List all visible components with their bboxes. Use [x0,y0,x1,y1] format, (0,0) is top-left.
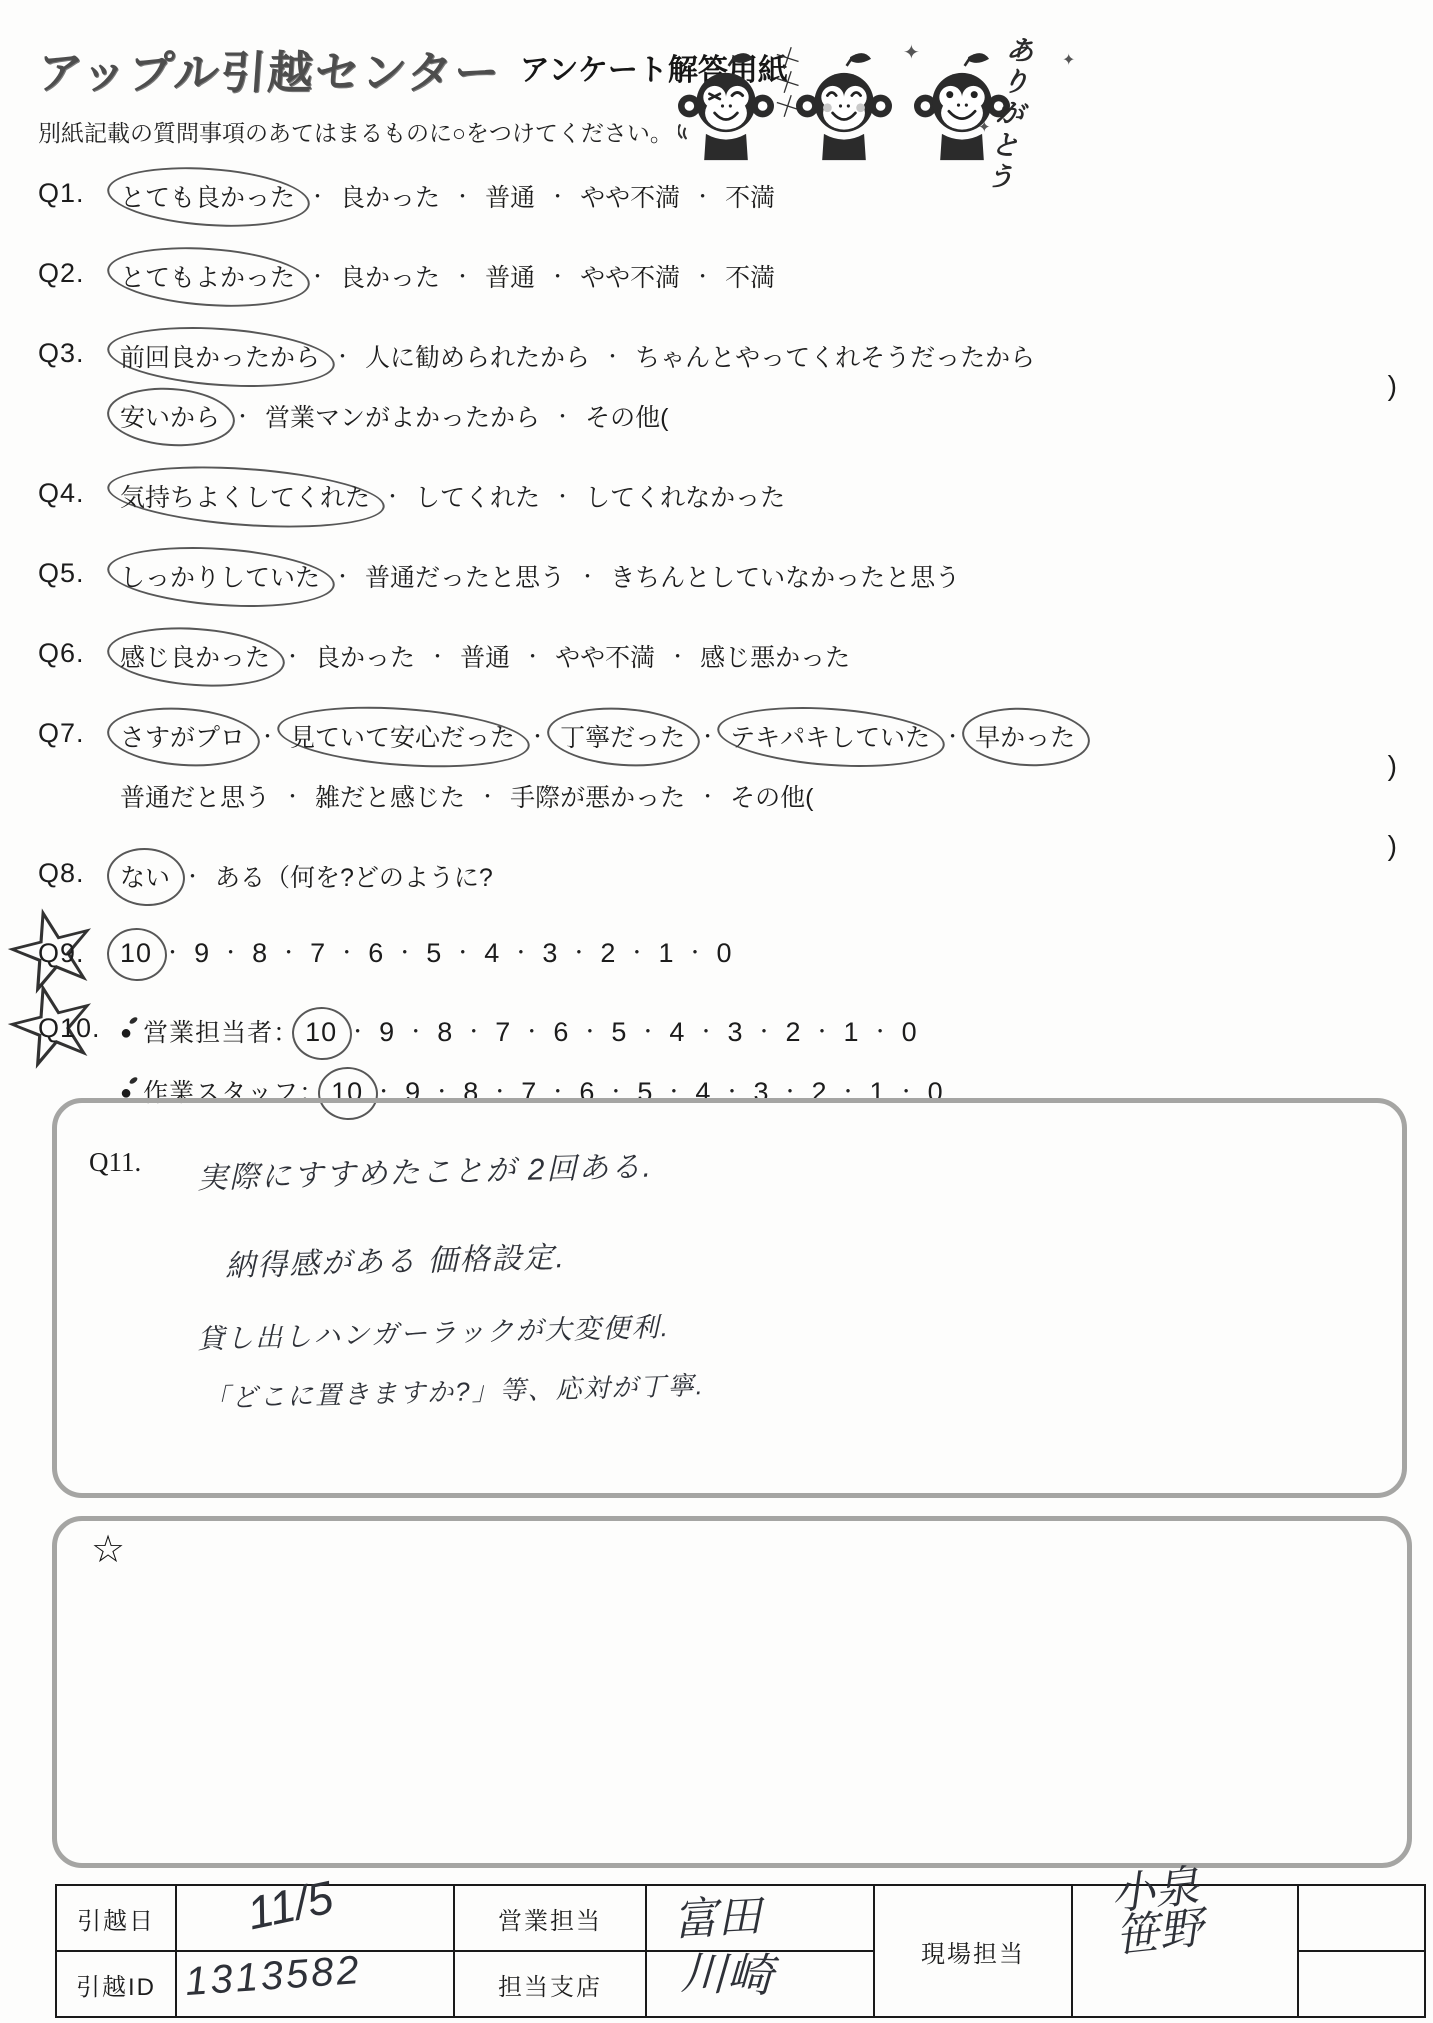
option: 営業マンがよかったから [265,398,540,434]
option: 6 [553,1017,569,1048]
option-separator: ・ [395,943,415,964]
option: やや不満 [580,178,680,214]
option-separator: ・ [279,943,299,964]
option-separator: ・ [333,347,352,368]
close-paren: ) [1388,370,1397,402]
option: 2 [600,938,616,969]
option-separator: ・ [453,187,472,208]
option-separator: ・ [523,647,542,668]
option-separator: ・ [428,647,447,668]
q11-label: Q11. [89,1147,141,1178]
option: 3 [727,1017,743,1048]
option: 良かった [315,638,415,674]
option: 9 [379,1017,395,1048]
q11-comment-box: Q11. 実際にすすめたことが 2回ある.納得感がある 価格設定.貸し出しハンガ… [52,1098,1407,1498]
move-id-label: 引越ID [56,1951,176,2017]
option-separator: ・ [943,727,962,748]
handwritten-comment-line: 納得感がある 価格設定. [225,1213,1298,1285]
sparkle-icon: ✦ [1062,50,1075,70]
option: その他( [585,398,668,434]
move-id-cell: 1313582 [176,1951,454,2017]
option-separator: ・ [406,1022,426,1043]
option-separator: ・ [522,1022,542,1043]
branch-value: 川崎 [680,1936,774,2005]
option-circled: 前回良かったから [120,338,320,374]
option-separator: ・ [453,267,472,288]
option-separator: ・ [754,1022,774,1043]
option: ちゃんとやってくれそうだったから [635,338,1035,374]
option-separator: ・ [638,1022,658,1043]
option-line: 安いから・営業マンがよかったから・その他() [120,398,1403,434]
option: 感じ悪かった [700,638,850,674]
option-separator: ・ [813,1022,833,1043]
option-circled: しっかりしていた [120,558,320,594]
option: 8 [437,1017,453,1048]
monkey-wink-icon [678,42,774,170]
question-row: Q9.10・9・8・7・6・5・4・3・2・1・0 [38,938,1403,969]
option-circled: 早かった [975,718,1075,754]
question-lines: しっかりしていた・普通だったと思う・きちんとしていなかったと思う [120,558,1403,594]
monkey-giggle-icon [796,42,892,170]
option: 普通 [485,178,535,214]
option-line: 前回良かったから・人に勧められたから・ちゃんとやってくれそうだったから [120,338,1403,374]
option-separator: ・ [578,567,597,588]
move-date-value: 11/5 [242,1870,337,1941]
option-line: 10・9・8・7・6・5・4・3・2・1・0 [120,938,1403,969]
extra-note-box: ☆ [52,1516,1412,1868]
site-crew-label: 現場担当 [874,1885,1072,2017]
option-circled: とても良かった [120,178,295,214]
option: 0 [902,1017,918,1048]
option-line: さすがプロ・見ていて安心だった・丁寧だった・テキパキしていた・早かった [120,718,1403,754]
question-lines: ●営業担当者：10・9・8・7・6・5・4・3・2・1・0●作業スタッフ：10・… [120,1013,1403,1109]
footer-table: 引越日 11/5 営業担当 富田 現場担当 小泉 笹野 引越ID 1313582… [55,1884,1426,2018]
option-separator: ・ [453,943,473,964]
question-label-starred: Q10. [38,1013,120,1109]
option: してくれた [415,478,540,514]
option-separator: ・ [283,647,302,668]
option-line: ない・ある（何を?どのように?) [120,858,1403,894]
option: ある（何を?どのように? [215,858,493,894]
option-separator: ・ [308,267,327,288]
option: 4 [484,938,500,969]
question-lines: 10・9・8・7・6・5・4・3・2・1・0 [120,938,1403,969]
option: 8 [252,938,268,969]
question-row: Q8.ない・ある（何を?どのように?) [38,858,1403,894]
option-separator: ・ [348,1022,368,1043]
option: 6 [368,938,384,969]
question-row: Q2.とてもよかった・良かった・普通・やや不満・不満 [38,258,1403,294]
option-line: 感じ良かった・良かった・普通・やや不満・感じ悪かった [120,638,1403,674]
branch-label: 担当支店 [454,1951,646,2017]
option: 普通だと思う [120,778,270,814]
question-label: Q4. [38,478,120,514]
survey-form-page: アップル引越センター アンケート解答用紙 別紙記載の質問事項のあてはまるものに○… [0,0,1433,2023]
handwritten-comment-line: 貸し出しハンガーラックが大変便利. [197,1289,1298,1357]
option-separator: ・ [553,407,572,428]
option-separator: ・ [308,187,327,208]
option: 2 [786,1017,802,1048]
questions: Q1.とても良かった・良かった・普通・やや不満・不満Q2.とてもよかった・良かっ… [38,178,1403,1153]
option-separator: ・ [478,787,497,808]
move-date-label: 引越日 [56,1885,176,1951]
star-icon: ☆ [91,1527,125,1572]
option-separator: ・ [698,787,717,808]
option: 不満 [725,178,775,214]
option-separator: ・ [528,727,547,748]
option: 5 [426,938,442,969]
question-row: Q10.●営業担当者：10・9・8・7・6・5・4・3・2・1・0●作業スタッフ… [38,1013,1403,1109]
option: やや不満 [580,258,680,294]
option-separator: ・ [258,727,277,748]
option-separator: ・ [464,1022,484,1043]
option-separator: ・ [383,487,402,508]
option-separator: ・ [580,1022,600,1043]
question-lines: とても良かった・良かった・普通・やや不満・不満 [120,178,1403,214]
option-separator: ・ [871,1022,891,1043]
option-separator: ・ [693,267,712,288]
option: やや不満 [555,638,655,674]
option: 7 [310,938,326,969]
option-line: とてもよかった・良かった・普通・やや不満・不満 [120,258,1403,294]
site-crew-values: 小泉 笹野 [1109,1866,1205,1958]
q11-handwritten-comments: 実際にすすめたことが 2回ある.納得感がある 価格設定.貸し出しハンガーラックが… [197,1139,1297,1401]
question-label: Q6. [38,638,120,674]
question-lines: 感じ良かった・良かった・普通・やや不満・感じ悪かった [120,638,1403,674]
option: してくれなかった [585,478,785,514]
option-separator: ・ [511,943,531,964]
question-lines: とてもよかった・良かった・普通・やや不満・不満 [120,258,1403,294]
option: 3 [542,938,558,969]
option-line: ●営業担当者：10・9・8・7・6・5・4・3・2・1・0 [120,1013,1403,1049]
option-separator: ・ [548,187,567,208]
question-row: Q7.さすがプロ・見ていて安心だった・丁寧だった・テキパキしていた・早かった普通… [38,718,1403,814]
option-circled: 10 [120,938,152,969]
mascot-row [678,42,1010,170]
option-separator: ・ [553,487,572,508]
option-separator: ・ [163,943,183,964]
option-separator: ・ [693,187,712,208]
option: 9 [194,938,210,969]
option-separator: ・ [685,943,705,964]
apple-bullet-icon: ● [120,1022,133,1045]
option: 普通 [485,258,535,294]
question-lines: 前回良かったから・人に勧められたから・ちゃんとやってくれそうだったから安いから・… [120,338,1403,434]
option: 0 [716,938,732,969]
question-lines: 気持ちよくしてくれた・してくれた・してくれなかった [120,478,1403,514]
handwritten-comment-line: 「どこに置きますか?」等、応対が丁寧. [203,1350,1298,1416]
question-label: Q3. [38,338,120,434]
empty-cell [1298,1885,1425,1951]
question-label: Q5. [38,558,120,594]
scale-prefix: 営業担当者： [143,1019,299,1047]
option: その他( [730,778,813,814]
close-paren: ) [1388,830,1397,862]
option: 手際が悪かった [510,778,685,814]
option-circled: 安いから [120,398,220,434]
option-separator: ・ [233,407,252,428]
question-label: Q7. [38,718,120,814]
option: 良かった [340,258,440,294]
option-circled: 感じ良かった [120,638,270,674]
option-separator: ・ [283,787,302,808]
brand-logo: アップル引越センター [36,36,504,101]
option-circled: 気持ちよくしてくれた [120,478,370,514]
option-circled: とてもよかった [120,258,295,294]
option: 7 [495,1017,511,1048]
option-line: 普通だと思う・雑だと感じた・手際が悪かった・その他() [120,778,1403,814]
empty-cell [1298,1951,1425,2017]
option: 1 [844,1017,860,1048]
site-crew-cell: 小泉 笹野 [1072,1885,1298,2017]
option: 良かった [340,178,440,214]
option: 人に勧められたから [365,338,590,374]
sales-rep-label: 営業担当 [454,1885,646,1951]
option-separator: ・ [603,347,622,368]
option-circled: さすがプロ [120,718,245,754]
option-separator: ・ [548,267,567,288]
option-separator: ・ [221,943,241,964]
question-lines: さすがプロ・見ていて安心だった・丁寧だった・テキパキしていた・早かった普通だと思… [120,718,1403,814]
question-row: Q3.前回良かったから・人に勧められたから・ちゃんとやってくれそうだったから安い… [38,338,1403,434]
question-row: Q6.感じ良かった・良かった・普通・やや不満・感じ悪かった [38,638,1403,674]
move-date-cell: 11/5 [176,1885,454,1951]
close-paren: ) [1388,750,1397,782]
question-label-starred: Q9. [38,938,120,969]
option-circled: 10 [305,1017,337,1048]
option-separator: ・ [698,727,717,748]
option-line: 気持ちよくしてくれた・してくれた・してくれなかった [120,478,1403,514]
option-separator: ・ [569,943,589,964]
question-row: Q1.とても良かった・良かった・普通・やや不満・不満 [38,178,1403,214]
option: 普通 [460,638,510,674]
question-label: Q1. [38,178,120,214]
question-row: Q4.気持ちよくしてくれた・してくれた・してくれなかった [38,478,1403,514]
question-label: Q2. [38,258,120,294]
handwritten-comment-line: 実際にすすめたことが 2回ある. [197,1125,1298,1198]
option: 5 [611,1017,627,1048]
option-circled: テキパキしていた [730,718,930,754]
option-separator: ・ [696,1022,716,1043]
question-label: Q8. [38,858,120,894]
move-id-value: 1313582 [184,1948,363,2005]
option-line: しっかりしていた・普通だったと思う・きちんとしていなかったと思う [120,558,1403,594]
option-circled: 丁寧だった [560,718,685,754]
option-line: とても良かった・良かった・普通・やや不満・不満 [120,178,1403,214]
option: 1 [658,938,674,969]
option-circled: 見ていて安心だった [290,718,515,754]
option-separator: ・ [337,943,357,964]
option: 不満 [725,258,775,294]
branch-cell: 川崎 [646,1951,874,2017]
option-separator: ・ [333,567,352,588]
option-circled: ない [120,858,170,894]
option: 雑だと感じた [315,778,465,814]
option: 4 [669,1017,685,1048]
question-row: Q5.しっかりしていた・普通だったと思う・きちんとしていなかったと思う [38,558,1403,594]
option-separator: ・ [668,647,687,668]
option-separator: ・ [183,867,202,888]
option: 普通だったと思う [365,558,565,594]
option-separator: ・ [627,943,647,964]
question-lines: ない・ある（何を?どのように?) [120,858,1403,894]
option: きちんとしていなかったと思う [610,558,960,594]
